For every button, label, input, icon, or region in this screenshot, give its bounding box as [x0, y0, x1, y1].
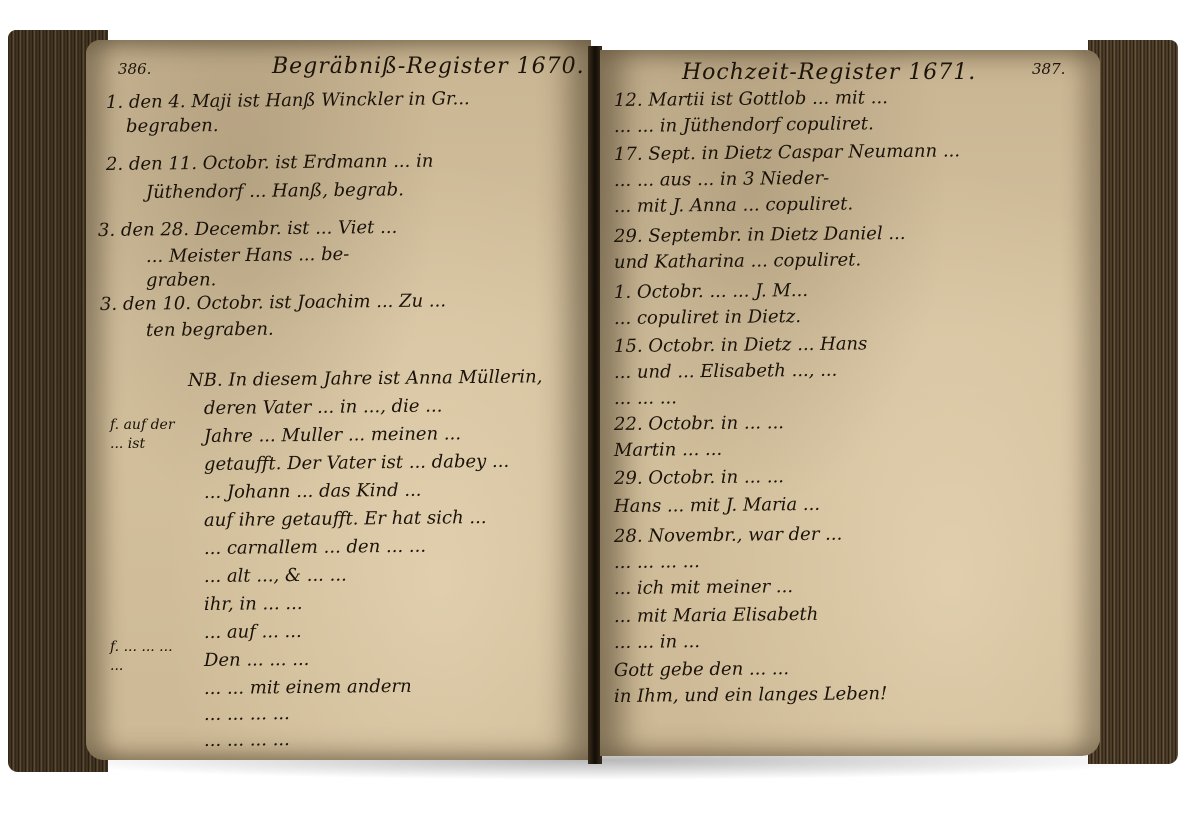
- register-line: in Ihm, und ein langes Leben!: [614, 683, 887, 707]
- register-line: 12. Martii ist Gottlob ... mit ...: [614, 87, 888, 111]
- left-page-heading: Begräbniß-Register 1670.: [272, 54, 585, 79]
- register-line: Jahre ... Muller ... meinen ...: [204, 423, 461, 447]
- margin-note: f. ... ... ... ...: [110, 638, 180, 676]
- register-line: Den ... ... ...: [204, 649, 310, 671]
- register-line: 29. Septembr. in Dietz Daniel ...: [614, 223, 906, 247]
- register-line: 3. den 10. Octobr. ist Joachim ... Zu ..…: [100, 290, 446, 315]
- register-line: ... Johann ... das Kind ...: [204, 480, 422, 503]
- register-line: begraben.: [126, 115, 219, 137]
- register-line: ... ... in ...: [614, 631, 700, 653]
- register-line: 15. Octobr. in Dietz ... Hans: [614, 333, 868, 357]
- register-line: getaufft. Der Vater ist ... dabey ...: [204, 451, 509, 475]
- register-line: ... ... in Jüthendorf copuliret.: [614, 113, 874, 137]
- margin-note: f. auf der ... ist: [110, 416, 190, 454]
- left-page: 386. Begräbniß-Register 1670. 1. den 4. …: [86, 40, 591, 760]
- register-line: 22. Octobr. in ... ...: [614, 412, 784, 435]
- register-line: ... mit J. Anna ... copuliret.: [614, 193, 853, 217]
- left-page-number: 386.: [118, 60, 151, 78]
- register-line: Martin ... ...: [614, 439, 722, 461]
- register-line: ... ... ... ...: [204, 729, 290, 751]
- right-page-heading: Hochzeit-Register 1671.: [682, 60, 976, 85]
- register-line: 2. den 11. Octobr. ist Erdmann ... in: [106, 151, 434, 175]
- right-page-edges: [1088, 40, 1178, 764]
- register-line: ... ... ...: [614, 387, 677, 409]
- register-line: ... carnallem ... den ... ...: [204, 536, 426, 559]
- right-page: 387. Hochzeit-Register 1671. 12. Martii …: [600, 50, 1100, 756]
- register-line: ... ... ... ...: [614, 551, 700, 573]
- register-line: ... ich mit meiner ...: [614, 576, 793, 599]
- register-line: auf ihre getaufft. Er hat sich ...: [204, 507, 487, 531]
- register-line: 1. Octobr. ... ... J. M...: [614, 280, 808, 303]
- open-book: 386. Begräbniß-Register 1670. 1. den 4. …: [8, 26, 1178, 778]
- register-line: 28. Novembr., war der ...: [614, 524, 842, 547]
- register-line: ... auf ... ...: [204, 621, 302, 643]
- register-line: 1. den 4. Maji ist Hanß Winckler in Gr..…: [106, 88, 470, 113]
- register-line: ... und ... Elisabeth ..., ...: [614, 360, 838, 383]
- register-line: 17. Sept. in Dietz Caspar Neumann ...: [614, 140, 960, 165]
- register-line: 3. den 28. Decembr. ist ... Viet ...: [98, 217, 397, 241]
- register-line: ... alt ..., & ... ...: [204, 565, 347, 587]
- register-line: ... copuliret in Dietz.: [614, 306, 801, 329]
- register-line: Hans ... mit J. Maria ...: [614, 494, 820, 517]
- right-page-number: 387.: [1032, 60, 1065, 78]
- register-line: ... mit Maria Elisabeth: [614, 604, 818, 627]
- register-line: und Katharina ... copuliret.: [614, 249, 861, 273]
- register-line: NB. In diesem Jahre ist Anna Müllerin,: [188, 366, 543, 391]
- register-line: 29. Octobr. in ... ...: [614, 466, 784, 489]
- register-line: Gott gebe den ... ...: [614, 658, 789, 681]
- register-line: ... ... ... ...: [204, 703, 290, 725]
- register-line: deren Vater ... in ..., die ...: [204, 396, 443, 419]
- register-line: ... Meister Hans ... be-: [146, 244, 350, 267]
- register-line: ten begraben.: [146, 319, 274, 341]
- register-line: ... ... mit einem andern: [204, 676, 412, 699]
- register-line: ihr, in ... ...: [204, 593, 303, 615]
- register-line: graben.: [146, 269, 217, 291]
- register-line: ... ... aus ... in 3 Nieder-: [614, 168, 829, 191]
- register-line: Jüthendorf ... Hanß, begrab.: [146, 179, 404, 203]
